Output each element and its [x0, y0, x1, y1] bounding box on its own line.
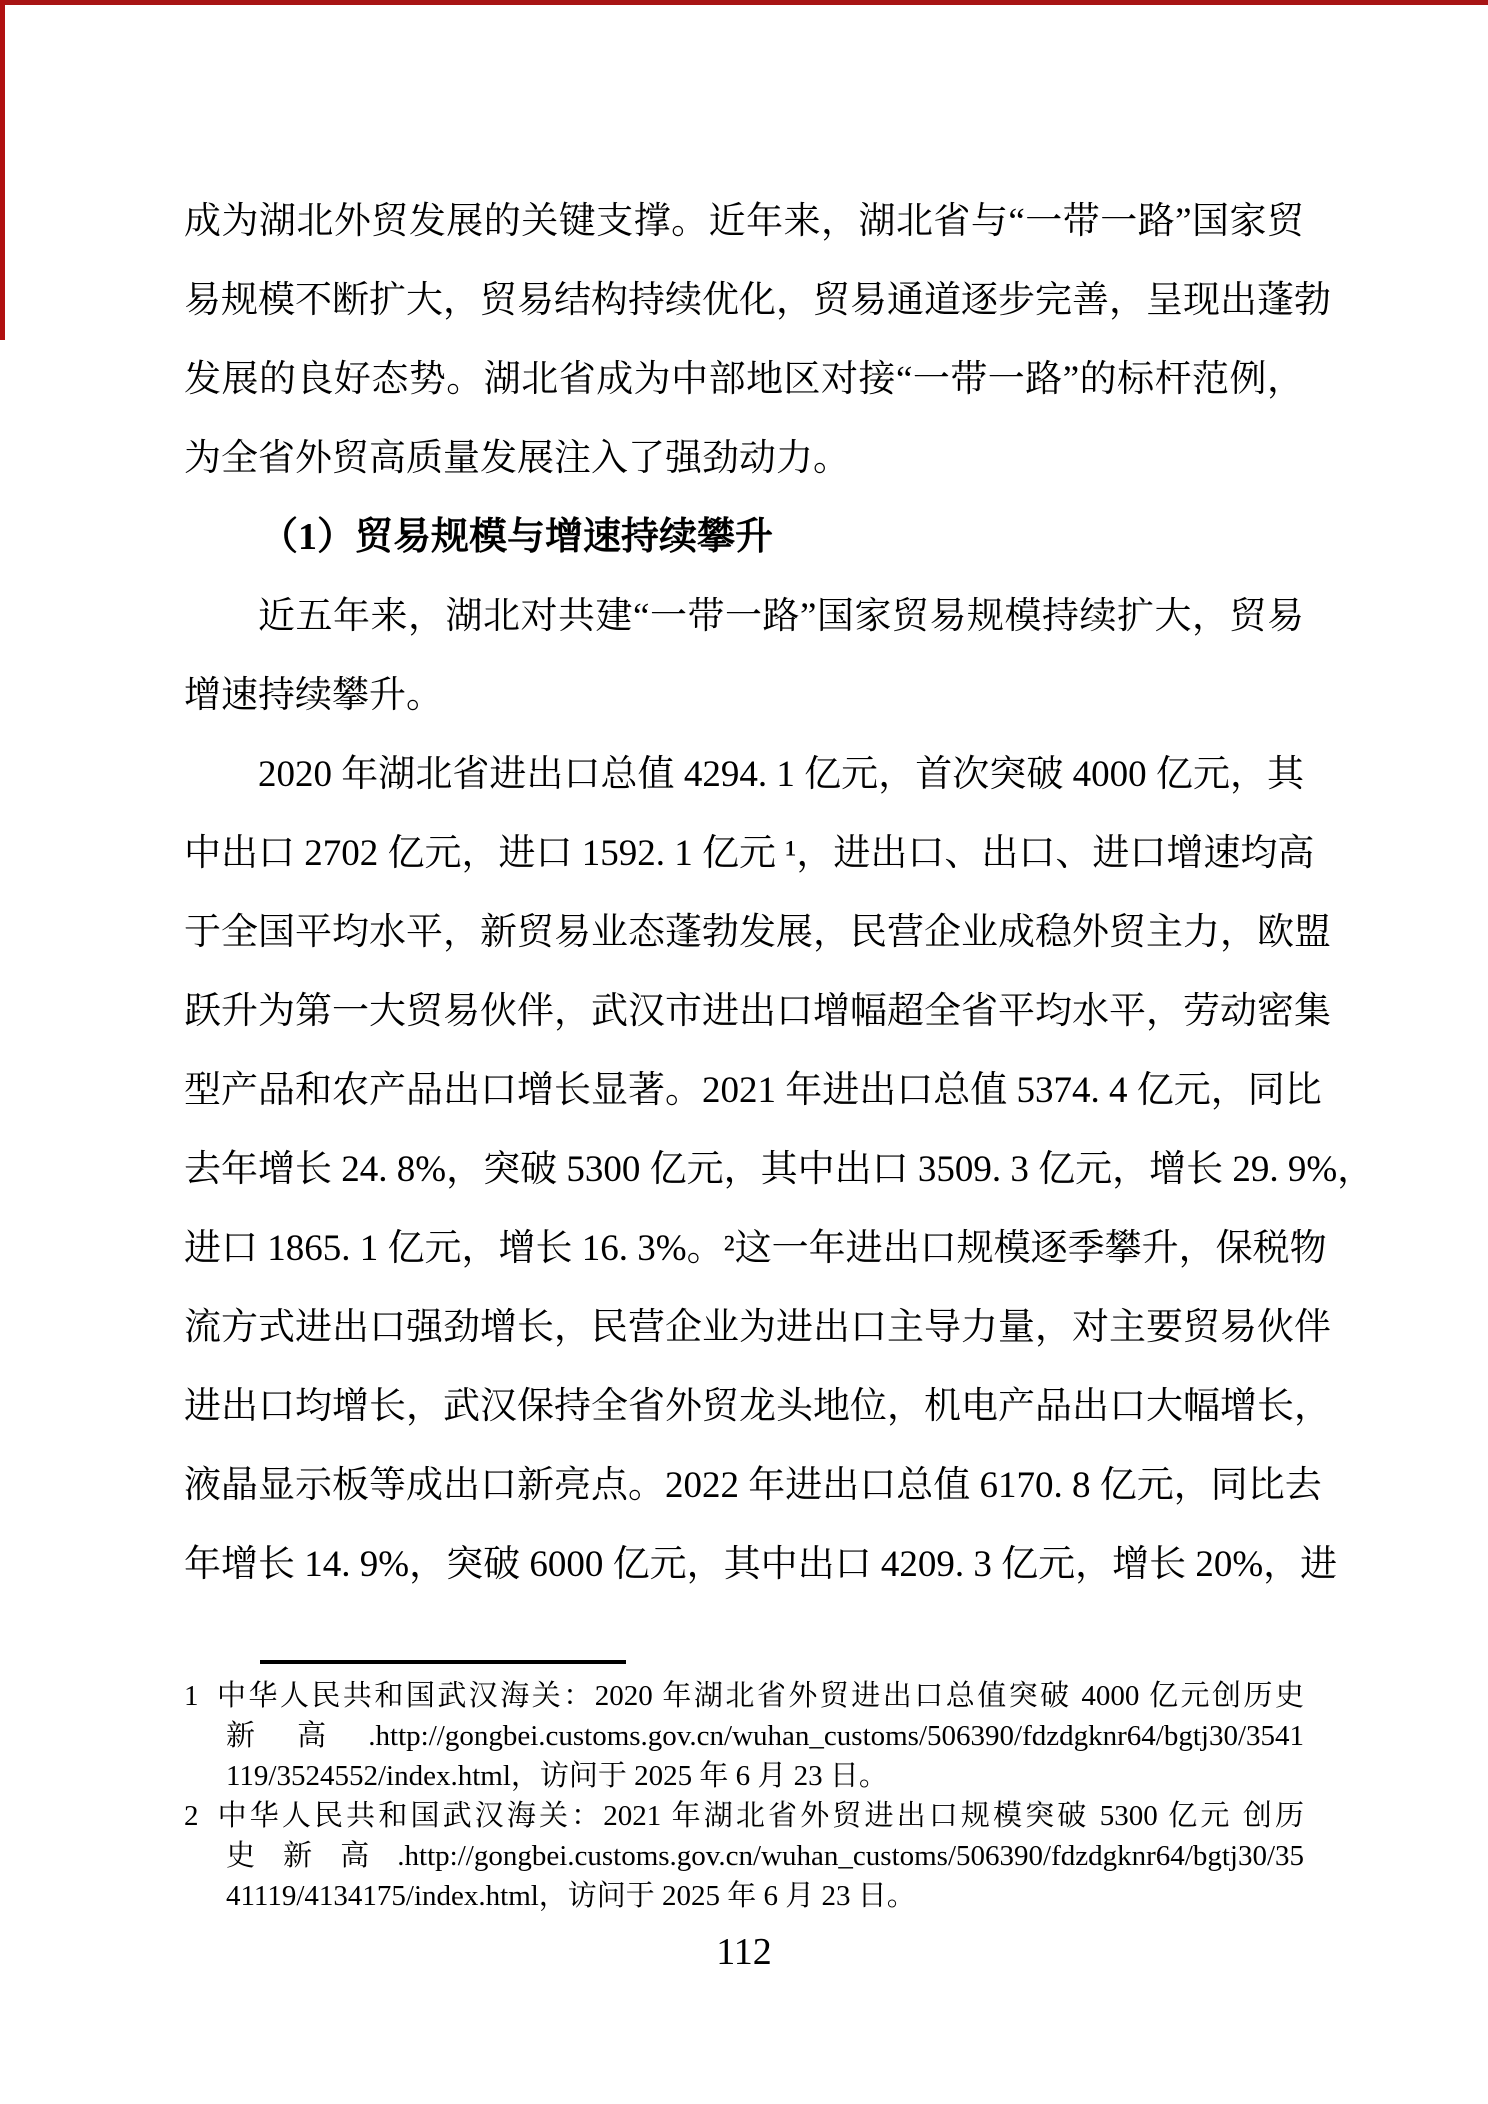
body-line: 液晶显示板等成出口新亮点。2022 年进出口总值 6170. 8 亿元，同比去 — [184, 1446, 1304, 1525]
body-line: 易规模不断扩大，贸易结构持续优化，贸易通道逐步完善，呈现出蓬勃 — [184, 261, 1304, 340]
body-line: 成为湖北外贸发展的关键支撑。近年来，湖北省与“一带一路”国家贸 — [184, 182, 1304, 261]
footnotes: 1中华人民共和国武汉海关：2020 年湖北省外贸进出口总值突破 4000 亿元创… — [184, 1676, 1304, 1916]
body-line: 去年增长 24. 8%，突破 5300 亿元，其中出口 3509. 3 亿元，增… — [184, 1130, 1304, 1209]
top-border-line — [0, 0, 1488, 5]
footnote-number: 1 — [184, 1676, 199, 1716]
body-line: 为全省外贸高质量发展注入了强劲动力。 — [184, 419, 1304, 498]
body-line: 年增长 14. 9%，突破 6000 亿元，其中出口 4209. 3 亿元，增长… — [184, 1525, 1304, 1604]
footnote-separator — [260, 1660, 626, 1664]
body-line: 近五年来，湖北对共建“一带一路”国家贸易规模持续扩大，贸易 — [184, 577, 1304, 656]
body-line: 型产品和农产品出口增长显著。2021 年进出口总值 5374. 4 亿元，同比 — [184, 1051, 1304, 1130]
body-line: 2020 年湖北省进出口总值 4294. 1 亿元，首次突破 4000 亿元，其 — [184, 735, 1304, 814]
body-line: 流方式进出口强劲增长，民营企业为进出口主导力量，对主要贸易伙伴 — [184, 1288, 1304, 1367]
body-line: 增速持续攀升。 — [184, 656, 1304, 735]
footnote-text: 中华人民共和国武汉海关：2020 年湖北省外贸进出口总值突破 4000 亿元创历… — [215, 1680, 1305, 1712]
left-border-line — [0, 0, 5, 340]
body-line: 进出口均增长，武汉保持全省外贸龙头地位，机电产品出口大幅增长， — [184, 1367, 1304, 1446]
section-heading: （1）贸易规模与增速持续攀升 — [184, 498, 1304, 577]
footnote-line: 史新高.http://gongbei.customs.gov.cn/wuhan_… — [184, 1836, 1304, 1876]
body-line: 中出口 2702 亿元，进口 1592. 1 亿元 ¹，进出口、出口、进口增速均… — [184, 814, 1304, 893]
footnote-line: 新高.http://gongbei.customs.gov.cn/wuhan_c… — [184, 1716, 1304, 1756]
footnote-number: 2 — [184, 1796, 199, 1836]
footnote-text: 中华人民共和国武汉海关：2021 年湖北省外贸进出口规模突破 5300 亿元 创… — [215, 1800, 1305, 1832]
body-line: 进口 1865. 1 亿元，增长 16. 3%。²这一年进出口规模逐季攀升，保税… — [184, 1209, 1304, 1288]
body-text: 成为湖北外贸发展的关键支撑。近年来，湖北省与“一带一路”国家贸 易规模不断扩大，… — [184, 182, 1304, 1604]
footnote-line: 1中华人民共和国武汉海关：2020 年湖北省外贸进出口总值突破 4000 亿元创… — [184, 1676, 1304, 1716]
footnote-line: 119/3524552/index.html，访问于 2025 年 6 月 23… — [184, 1756, 1304, 1796]
footnote-line: 41119/4134175/index.html，访问于 2025 年 6 月 … — [184, 1876, 1304, 1916]
body-line: 跃升为第一大贸易伙伴，武汉市进出口增幅超全省平均水平，劳动密集 — [184, 972, 1304, 1051]
body-line: 于全国平均水平，新贸易业态蓬勃发展，民营企业成稳外贸主力，欧盟 — [184, 893, 1304, 972]
body-line: 发展的良好态势。湖北省成为中部地区对接“一带一路”的标杆范例， — [184, 340, 1304, 419]
footnote-line: 2中华人民共和国武汉海关：2021 年湖北省外贸进出口规模突破 5300 亿元 … — [184, 1796, 1304, 1836]
page-number: 112 — [0, 1928, 1488, 1976]
